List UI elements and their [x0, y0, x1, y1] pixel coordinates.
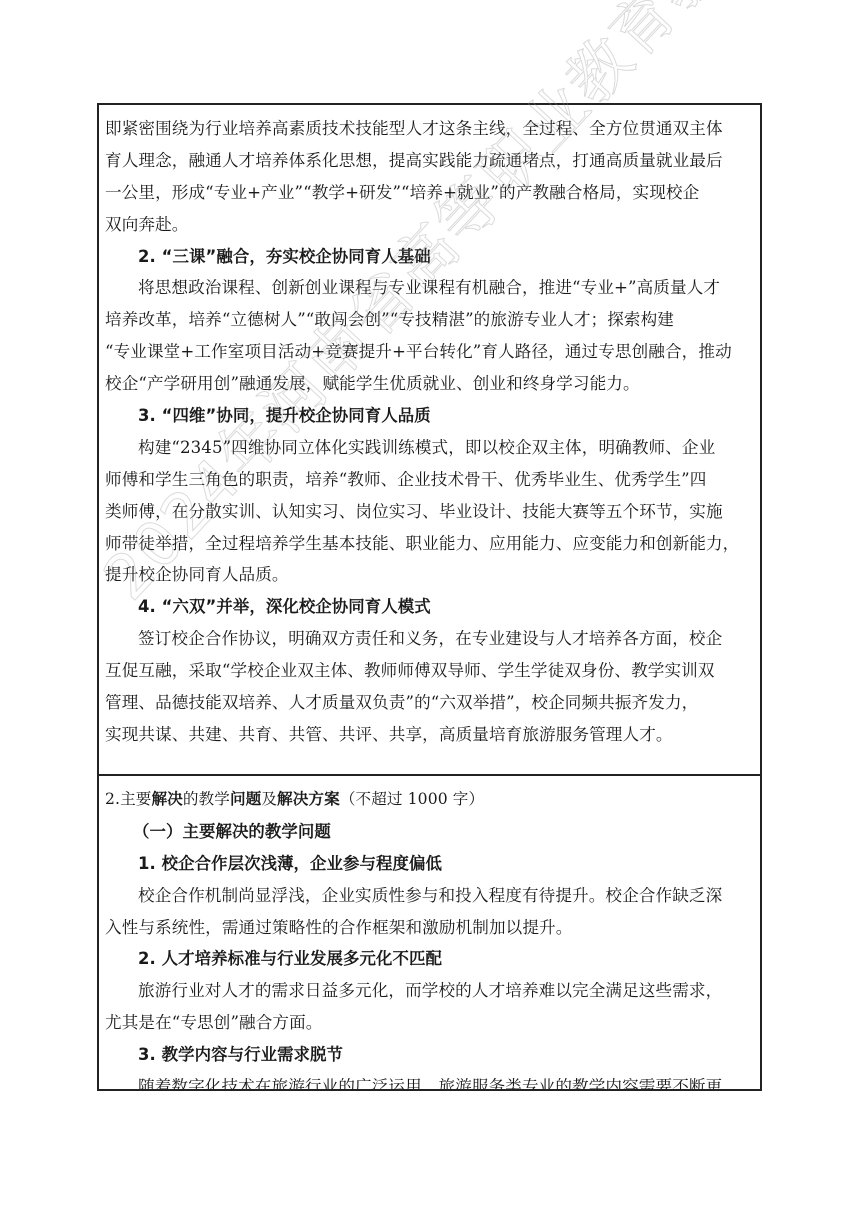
- title-part: 的教学: [183, 790, 230, 808]
- table-cell-problems-and-solutions: 2.主要解决的教学问题及解决方案（不超过 1000 字） （一）主要解决的教学问…: [99, 774, 760, 1089]
- title-part: （不超过 1000 字）: [340, 790, 484, 808]
- problem-heading: 1. 校企合作层次浅薄，企业参与程度偏低: [105, 848, 754, 880]
- paragraph-line: 师傅和学生三角色的职责，培养“教师、企业技术骨干、优秀毕业生、优秀学生”四: [105, 464, 754, 496]
- paragraph-line: 即紧密围绕为行业培养高素质技术技能型人才这条主线，全过程、全方位贯通双主体: [105, 113, 754, 145]
- paragraph-line: 入性与系统性，需通过策略性的合作框架和激励机制加以提升。: [105, 912, 754, 944]
- paragraph-line: 校企合作机制尚显浮浅，企业实质性参与和投入程度有待提升。校企合作缺乏深: [105, 880, 754, 912]
- paragraph-line: “专业课堂+工作室项目活动+竞赛提升+平台转化”育人路径，通过专思创融合，推动: [105, 336, 754, 368]
- section-title: 2.主要解决的教学问题及解决方案（不超过 1000 字）: [105, 784, 754, 816]
- paragraph-line: 实现共谋、共建、共育、共管、共评、共享，高质量培育旅游服务管理人才。: [105, 719, 754, 751]
- title-part: 问题: [230, 790, 261, 808]
- section-heading-four-dimensions: 3. “四维”协同，提升校企协同育人品质: [105, 400, 754, 432]
- paragraph-line: 类师傅，在分散实训、认知实习、岗位实习、毕业设计、技能大赛等五个环节，实施: [105, 496, 754, 528]
- paragraph-line: 签订校企合作协议，明确双方责任和义务，在专业建设与人才培养各方面，校企: [105, 623, 754, 655]
- paragraph-line: 随着数字化技术在旅游行业的广泛运用，旅游服务类专业的教学内容需要不断更: [105, 1071, 754, 1089]
- paragraph-line: 师带徒举措，全过程培养学生基本技能、职业能力、应用能力、应变能力和创新能力，: [105, 528, 754, 560]
- problem-heading: 3. 教学内容与行业需求脱节: [105, 1039, 754, 1071]
- paragraph-line: 尤其是在“专思创”融合方面。: [105, 1007, 754, 1039]
- paragraph-line: 将思想政治课程、创新创业课程与专业课程有机融合，推进“专业+”高质量人才: [105, 272, 754, 304]
- subheading-main-problems: （一）主要解决的教学问题: [105, 816, 754, 848]
- paragraph-line: 育人理念，融通人才培养体系化思想，提高实践能力疏通堵点，打通高质量就业最后: [105, 145, 754, 177]
- section-heading-six-doubles: 4. “六双”并举，深化校企协同育人模式: [105, 591, 754, 623]
- title-part: 及: [261, 790, 277, 808]
- paragraph-line: 双向奔赴。: [105, 209, 754, 241]
- paragraph-line: 培养改革，培养“立德树人”“敢闯会创”“专技精湛”的旅游专业人才；探索构建: [105, 304, 754, 336]
- problem-heading: 2. 人才培养标准与行业发展多元化不匹配: [105, 943, 754, 975]
- paragraph-line: 互促互融，采取“学校企业双主体、教师师傅双导师、学生学徒双身份、教学实训双: [105, 655, 754, 687]
- section-heading-three-courses: 2. “三课”融合，夯实校企协同育人基础: [105, 241, 754, 273]
- title-part: 2.主要: [105, 790, 151, 808]
- table-cell-achievement-description: 即紧密围绕为行业培养高素质技术技能型人才这条主线，全过程、全方位贯通双主体 育人…: [99, 105, 760, 774]
- paragraph-line: 提升校企协同育人品质。: [105, 559, 754, 591]
- paragraph-line: 校企“产学研用创”融通发展，赋能学生优质就业、创业和终身学习能力。: [105, 368, 754, 400]
- paragraph-line: 旅游行业对人才的需求日益多元化，而学校的人才培养难以完全满足这些需求，: [105, 975, 754, 1007]
- paragraph-line: 一公里，形成“专业+产业”“教学+研发”“培养+就业”的产教融合格局，实现校企: [105, 177, 754, 209]
- title-part: 解决方案: [277, 790, 340, 808]
- form-table: 即紧密围绕为行业培养高素质技术技能型人才这条主线，全过程、全方位贯通双主体 育人…: [97, 103, 762, 1091]
- paragraph-line: 管理、品德技能双培养、人才质量双负责”的“六双举措”，校企同频共振齐发力，: [105, 687, 754, 719]
- title-part: 解决: [151, 790, 182, 808]
- paragraph-line: 构建“2345”四维协同立体化实践训练模式，即以校企双主体，明确教师、企业: [105, 432, 754, 464]
